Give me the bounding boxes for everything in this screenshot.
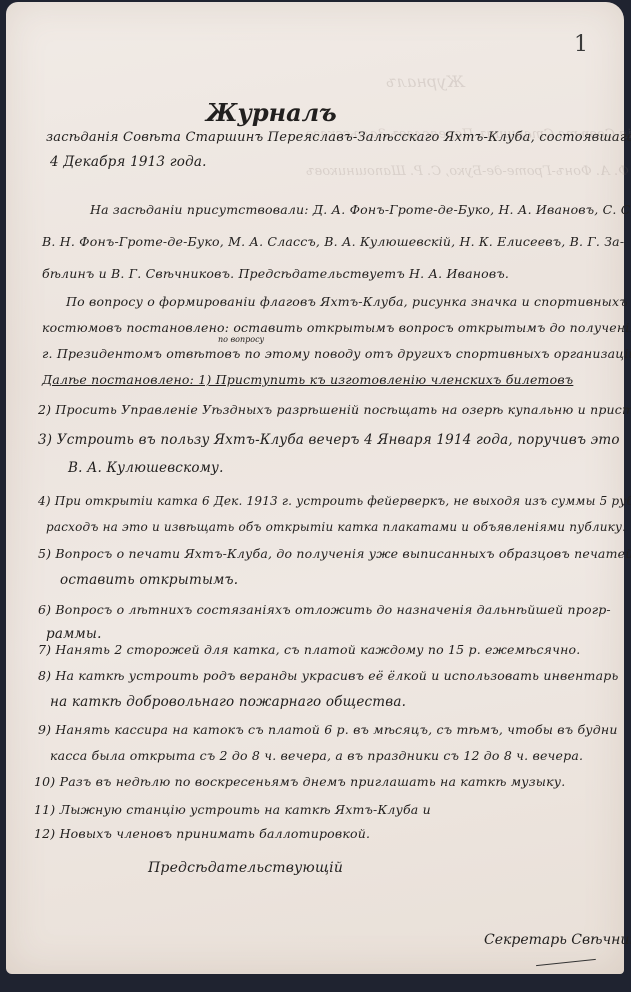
item-text: При открытіи катка 6 Дек. 1913 г. устрои… [55,494,631,508]
chair-label: Предсѣдательствующій [148,860,343,876]
item-text: Новыхъ членовъ принимать баллотировкой. [60,826,371,841]
secretary-signature: Секретарь Свѣчниковъ [484,932,631,948]
item-6-cont: раммы. [46,626,102,642]
item-5-cont: оставить открытымъ. [60,572,238,588]
item-text: Просить Управленіе Уѣздныхъ разрѣшеній п… [55,402,631,417]
item-text: Нанять кассира на катокъ съ платой 6 р. … [55,722,617,737]
item-number: 4) [38,494,51,508]
item-text: Лыжную станцію устроить на каткѣ Яхтъ-Кл… [60,802,431,817]
item-5: 5) Вопросъ о печати Яхтъ-Клуба, до получ… [38,546,631,561]
bleed-through-line: Ф. А. Фонъ-Гроте-де-Буко, С. Р. Шапошник… [306,164,629,179]
item-4-cont: расходъ на это и извѣщать объ открытіи к… [46,520,626,534]
item-text: Вопросъ о печати Яхтъ-Клуба, до получені… [55,546,631,561]
item-number: 2) [38,402,51,417]
flags-paragraph-line: г. Президентомъ отвѣтовъ по этому поводу… [42,346,631,361]
item-9: 9) Нанять кассира на катокъ съ платой 6 … [38,722,618,737]
item-number: 5) [38,546,51,561]
item-4: 4) При открытіи катка 6 Дек. 1913 г. уст… [38,494,631,508]
item-3-cont: В. А. Кулюшевскому. [68,460,224,476]
item-8-cont: на каткѣ добровольнаго пожарнаго обществ… [50,694,406,710]
item-8: 8) На каткѣ устроить родъ веранды украси… [38,668,618,683]
item-text: Вопросъ о лѣтнихъ состязаніяхъ отложить … [55,602,610,617]
item-9-cont: касса была открыта съ 2 до 8 ч. вечера, … [50,748,583,763]
document-page: Журналъ засѣданія Совѣта Старшинъ Переяс… [6,2,624,974]
item-number: 9) [38,722,51,737]
item-11: 11) Лыжную станцію устроить на каткѣ Яхт… [34,802,431,817]
bleed-through-title: Журналъ [386,72,464,91]
resolution-intro: Далѣе постановлено: 1) Приступить къ изг… [42,372,573,387]
item-text: На каткѣ устроить родъ веранды украсивъ … [55,668,618,683]
item-text: Разъ въ недѣлю по воскресеньямъ днемъ пр… [60,774,566,789]
item-number: 6) [38,602,51,617]
heading-date: 4 Декабря 1913 года. [50,154,207,170]
item-number: 7) [38,642,51,657]
flags-paragraph-line: По вопросу о формированіи флаговъ Яхтъ-К… [66,294,628,309]
item-text: Нанять 2 сторожей для катка, съ платой к… [55,642,580,657]
item-number: 11) [34,802,55,817]
heading-line: засѣданія Совѣта Старшинъ Переяславъ-Зал… [46,130,631,145]
item-7: 7) Нанять 2 сторожей для катка, съ плато… [38,642,580,657]
item-2: 2) Просить Управленіе Уѣздныхъ разрѣшені… [38,402,631,417]
item-text: Устроить въ пользу Яхтъ-Клуба вечеръ 4 Я… [57,432,620,448]
page-number: 1 [574,32,588,57]
item-number: 8) [38,668,51,683]
item-number: 10) [34,774,55,789]
item-10: 10) Разъ въ недѣлю по воскресеньямъ днем… [34,774,565,789]
attendance-line: В. Н. Фонъ-Гроте-де-Буко, М. А. Слассъ, … [42,234,624,249]
document-title: Журналъ [206,98,337,127]
item-6: 6) Вопросъ о лѣтнихъ состязаніяхъ отложи… [38,602,611,617]
signature-flourish [536,959,596,967]
attendance-line: На засѣданіи присутствовали: Д. А. Фонъ-… [90,202,631,217]
item-3: 3) Устроить въ пользу Яхтъ-Клуба вечеръ … [38,432,620,448]
interlinear-insert: по вопросу [218,335,264,344]
item-12: 12) Новыхъ членовъ принимать баллотировк… [34,826,370,841]
attendance-line: бѣлинъ и В. Г. Свѣчниковъ. Предсѣдательс… [42,266,509,281]
item-number: 3) [38,432,52,448]
item-number: 12) [34,826,55,841]
flags-paragraph-line: костюмовъ постановлено: оставить открыты… [42,320,631,335]
